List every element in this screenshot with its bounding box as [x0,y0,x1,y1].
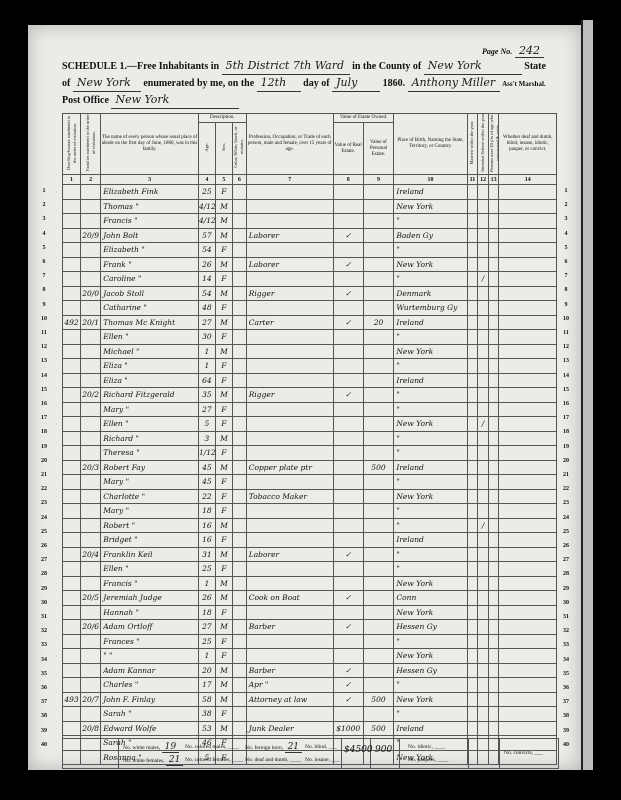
real-estate-cell [333,446,363,461]
real-estate-cell [333,562,363,577]
disability-cell [499,257,557,272]
line-number: 12 [560,344,572,350]
line-number: 6 [38,259,50,265]
color-cell [232,185,246,200]
birthplace-cell: " [394,504,467,519]
married-cell [467,199,478,214]
insane-summary: No. insane, ___ [305,757,340,763]
sex-cell: M [215,388,232,403]
line-number: 10 [560,316,572,322]
personal-estate-cell [363,301,394,316]
married-cell [467,547,478,562]
table-row: Adam Kannar20MBarber✓Hessen Gy [63,663,557,678]
personal-estate-cell [363,446,394,461]
family-number-cell [81,199,101,214]
occupation-cell [246,533,333,548]
col-2-header: Families numbered in the order of visita… [81,114,101,175]
disability-cell [499,591,557,606]
description-group-header: Description. [198,114,246,123]
col-8-header: Value of Real Estate. [333,123,363,175]
color-cell [232,199,246,214]
occupation-cell [246,576,333,591]
school-cell [478,533,489,548]
school-cell [478,243,489,258]
color-cell [232,330,246,345]
occupation-cell [246,243,333,258]
color-cell [232,518,246,533]
real-estate-cell: ✓ [333,591,363,606]
disability-cell [499,359,557,374]
occupation-cell [246,185,333,200]
age-cell: 45 [198,475,215,490]
color-cell [232,605,246,620]
dwelling-number-cell [63,214,81,229]
birthplace-cell: New York [394,649,467,664]
disability-cell [499,518,557,533]
disability-cell [499,228,557,243]
county-field: New York [424,58,522,75]
table-row: Elizabeth "54F" [63,243,557,258]
illiterate-cell [488,707,499,722]
married-cell [467,678,478,693]
color-cell [232,707,246,722]
married-cell [467,620,478,635]
name-cell: Richard " [101,431,199,446]
name-cell: Catharine " [101,301,199,316]
disability-cell [499,663,557,678]
personal-estate-cell [363,576,394,591]
dwelling-number-cell [63,518,81,533]
line-number: 17 [560,415,572,421]
personal-estate-cell [363,402,394,417]
color-cell [232,272,246,287]
illiterate-cell [488,257,499,272]
name-cell: Theresa " [101,446,199,461]
name-cell: Eliza " [101,373,199,388]
sex-cell: F [215,272,232,287]
family-number-cell [81,373,101,388]
birthplace-cell: Ireland [394,533,467,548]
family-number-cell: 20/9 [81,228,101,243]
birthplace-cell: " [394,388,467,403]
personal-estate-cell [363,634,394,649]
married-cell [467,431,478,446]
real-estate-cell [333,605,363,620]
married-cell [467,663,478,678]
color-cell [232,591,246,606]
married-cell [467,402,478,417]
school-cell [478,185,489,200]
color-cell [232,576,246,591]
name-cell: Eliza " [101,359,199,374]
age-cell: 1 [198,649,215,664]
real-estate-cell: $1000 [333,721,363,736]
sex-cell: M [215,547,232,562]
married-cell [467,460,478,475]
school-cell [478,460,489,475]
family-number-cell [81,359,101,374]
col-14-header: Whether deaf and dumb, blind, insane, id… [499,114,557,175]
family-number-cell [81,344,101,359]
real-estate-cell: ✓ [333,257,363,272]
table-row: Robert "16M"/ [63,518,557,533]
married-cell [467,562,478,577]
line-number: 12 [38,344,50,350]
dwelling-number-cell: 493 [63,692,81,707]
age-cell: 17 [198,678,215,693]
married-cell [467,475,478,490]
line-number: 22 [38,486,50,492]
line-number: 1 [38,188,50,194]
color-cell [232,460,246,475]
illiterate-cell [488,301,499,316]
color-cell [232,562,246,577]
name-cell: Hannah " [101,605,199,620]
school-cell [478,591,489,606]
line-number: 11 [38,330,50,336]
real-estate-cell [333,185,363,200]
disability-cell [499,562,557,577]
school-cell [478,692,489,707]
illiterate-cell [488,504,499,519]
real-estate-cell [333,504,363,519]
real-estate-cell: ✓ [333,692,363,707]
birthplace-cell: Ireland [394,315,467,330]
table-row: 49220/1Thomas Mc Knight27MCarter✓20Irela… [63,315,557,330]
age-cell: 58 [198,692,215,707]
name-cell: John Bolt [101,228,199,243]
table-row: Michael "1MNew York [63,344,557,359]
married-cell [467,417,478,432]
color-cell [232,228,246,243]
occupation-cell [246,431,333,446]
line-number: 40 [38,742,50,748]
personal-estate-cell [363,475,394,490]
line-number: 16 [38,401,50,407]
occupation-cell [246,562,333,577]
line-number: 30 [560,600,572,606]
sex-cell: F [215,417,232,432]
name-cell: Ellen " [101,562,199,577]
table-row: Ellen "25F" [63,562,557,577]
dwelling-number-cell [63,431,81,446]
sex-cell: F [215,533,232,548]
family-number-cell [81,301,101,316]
table-row: Francis "1MNew York [63,576,557,591]
table-row: Mary "27F" [63,402,557,417]
married-cell [467,721,478,736]
illiterate-cell [488,402,499,417]
personal-estate-cell [363,359,394,374]
name-cell: Jacob Stoll [101,286,199,301]
illiterate-cell [488,562,499,577]
disability-cell [499,576,557,591]
dwelling-number-cell [63,446,81,461]
line-number: 33 [38,642,50,648]
family-number-cell: 20/3 [81,460,101,475]
real-estate-cell [333,489,363,504]
age-cell: 48 [198,301,215,316]
name-cell: " " [101,649,199,664]
header-line-1: SCHEDULE 1.—Free Inhabitants in 5th Dist… [62,58,562,75]
school-cell [478,359,489,374]
birthplace-cell: New York [394,344,467,359]
line-number: 29 [560,586,572,592]
line-number: 3 [38,216,50,222]
birthplace-cell: " [394,446,467,461]
married-cell [467,344,478,359]
illiterate-cell [488,330,499,345]
real-estate-cell [333,344,363,359]
line-number: 14 [38,373,50,379]
real-estate-cell: ✓ [333,388,363,403]
school-cell [478,373,489,388]
real-estate-cell [333,402,363,417]
line-number: 8 [560,287,572,293]
line-number: 6 [560,259,572,265]
col-9-header: Value of Personal Estate. [363,123,394,175]
age-cell: 4/12 [198,214,215,229]
real-estate-cell [333,576,363,591]
occupation-cell [246,272,333,287]
name-cell: John F. Finlay [101,692,199,707]
married-cell [467,388,478,403]
age-cell: 27 [198,402,215,417]
personal-estate-cell [363,489,394,504]
table-row: 20/6Adam Ortloff27MBarber✓Hessen Gy [63,620,557,635]
family-number-cell [81,634,101,649]
illiterate-cell [488,185,499,200]
birthplace-cell: " [394,214,467,229]
table-row: " "1FNew York [63,649,557,664]
sex-cell: M [215,591,232,606]
table-row: Eliza "1F" [63,359,557,374]
line-number: 13 [560,358,572,364]
age-cell: 3 [198,431,215,446]
sex-cell: F [215,446,232,461]
disability-cell [499,330,557,345]
line-number: 28 [38,571,50,577]
sex-cell: F [215,359,232,374]
birthplace-cell: Hessen Gy [394,620,467,635]
line-number: 21 [38,472,50,478]
color-cell [232,388,246,403]
birthplace-cell: New York [394,692,467,707]
family-number-cell [81,272,101,287]
illiterate-cell [488,344,499,359]
age-cell: 25 [198,562,215,577]
real-estate-cell [333,243,363,258]
personal-estate-cell [363,214,394,229]
illiterate-cell [488,649,499,664]
dwelling-number-cell [63,678,81,693]
real-estate-cell [333,417,363,432]
marshal-field: Anthony Miller [408,75,500,92]
married-cell [467,605,478,620]
personal-estate-cell [363,591,394,606]
age-cell: 25 [198,634,215,649]
post-office-field: New York [111,92,239,109]
table-row: Ellen "5FNew York/ [63,417,557,432]
age-cell: 4/12 [198,199,215,214]
sex-cell: F [215,562,232,577]
table-row: 20/0Jacob Stoll54MRigger✓Denmark [63,286,557,301]
month-field: July [332,75,380,92]
color-cell [232,315,246,330]
school-cell [478,431,489,446]
line-number: 15 [560,387,572,393]
sex-cell: M [215,214,232,229]
birthplace-cell: " [394,243,467,258]
color-cell [232,431,246,446]
married-cell [467,518,478,533]
family-number-cell [81,678,101,693]
sex-cell: M [215,692,232,707]
color-cell [232,301,246,316]
disability-cell [499,301,557,316]
married-cell [467,692,478,707]
family-number-cell: 20/4 [81,547,101,562]
school-cell [478,678,489,693]
family-number-cell [81,504,101,519]
sex-cell: F [215,707,232,722]
age-cell: 18 [198,605,215,620]
personal-estate-cell [363,286,394,301]
birthplace-cell: " [394,330,467,345]
school-cell [478,228,489,243]
illiterate-cell [488,620,499,635]
personal-estate-cell: 500 [363,460,394,475]
disability-cell [499,547,557,562]
illiterate-cell [488,243,499,258]
age-cell: 45 [198,460,215,475]
married-cell [467,373,478,388]
occupation-cell: Tobacco Maker [246,489,333,504]
name-cell: Edward Wolfe [101,721,199,736]
name-cell: Mary " [101,402,199,417]
occupation-cell: Junk Dealer [246,721,333,736]
school-cell [478,547,489,562]
table-row: Caroline "14F"/ [63,272,557,287]
illiterate-cell [488,475,499,490]
sex-cell: M [215,199,232,214]
family-number-cell [81,257,101,272]
birthplace-cell: " [394,634,467,649]
school-cell [478,475,489,490]
family-number-cell [81,243,101,258]
married-cell [467,301,478,316]
col-12-header: Attended School within the year. [478,114,489,175]
illiterate-cell [488,214,499,229]
line-number: 38 [38,713,50,719]
birthplace-cell: " [394,678,467,693]
age-cell: 14 [198,272,215,287]
sex-cell: M [215,721,232,736]
married-cell [467,272,478,287]
name-cell: Elizabeth Fink [101,185,199,200]
occupation-cell: Copper plate ptr [246,460,333,475]
birthplace-cell: Denmark [394,286,467,301]
school-cell: / [478,518,489,533]
table-row: Mary "18F" [63,504,557,519]
personal-estate-cell [363,562,394,577]
name-cell: Thomas " [101,199,199,214]
birthplace-cell: New York [394,257,467,272]
illiterate-cell [488,663,499,678]
line-number: 10 [38,316,50,322]
line-number: 24 [560,515,572,521]
dwelling-number-cell [63,707,81,722]
line-number: 23 [38,500,50,506]
blind-summary: No. blind, ___ [305,744,337,750]
table-row: Richard "3M" [63,431,557,446]
occupation-cell: Barber [246,663,333,678]
family-number-cell [81,446,101,461]
occupation-cell [246,359,333,374]
school-cell [478,649,489,664]
age-cell: 38 [198,707,215,722]
personal-estate-cell: 500 [363,721,394,736]
name-cell: Frances " [101,634,199,649]
age-cell: 18 [198,504,215,519]
sex-cell: M [215,678,232,693]
family-number-cell [81,562,101,577]
sex-cell: F [215,489,232,504]
dwelling-number-cell [63,634,81,649]
age-cell: 35 [198,388,215,403]
summary-footer: No. white males, 19 No. white females, 2… [62,738,559,769]
personal-estate-cell: 20 [363,315,394,330]
married-cell [467,243,478,258]
line-number: 5 [560,245,572,251]
color-cell [232,721,246,736]
line-number: 34 [38,657,50,663]
illiterate-cell [488,692,499,707]
line-number: 2 [560,202,572,208]
disability-cell [499,721,557,736]
occupation-cell [246,707,333,722]
line-number: 23 [560,500,572,506]
line-number: 36 [560,685,572,691]
col-11-header: Married within the year. [467,114,478,175]
illiterate-cell [488,199,499,214]
table-row: Thomas "4/12MNew York [63,199,557,214]
name-cell: Adam Kannar [101,663,199,678]
sex-cell: M [215,518,232,533]
married-cell [467,315,478,330]
personal-estate-cell [363,649,394,664]
age-cell: 27 [198,620,215,635]
occupation-cell [246,518,333,533]
line-number: 1 [560,188,572,194]
school-cell [478,286,489,301]
disability-cell [499,504,557,519]
disability-cell [499,649,557,664]
school-cell [478,504,489,519]
color-cell [232,649,246,664]
illiterate-cell [488,489,499,504]
color-cell [232,475,246,490]
table-row: 20/3Robert Fay45MCopper plate ptr500Irel… [63,460,557,475]
header-line-3: Post Office New York [62,92,562,109]
color-cell [232,286,246,301]
disability-cell [499,199,557,214]
name-cell: Ellen " [101,417,199,432]
occupation-cell: Attorney at law [246,692,333,707]
family-number-cell: 20/0 [81,286,101,301]
family-number-cell: 20/6 [81,620,101,635]
line-number: 18 [38,429,50,435]
